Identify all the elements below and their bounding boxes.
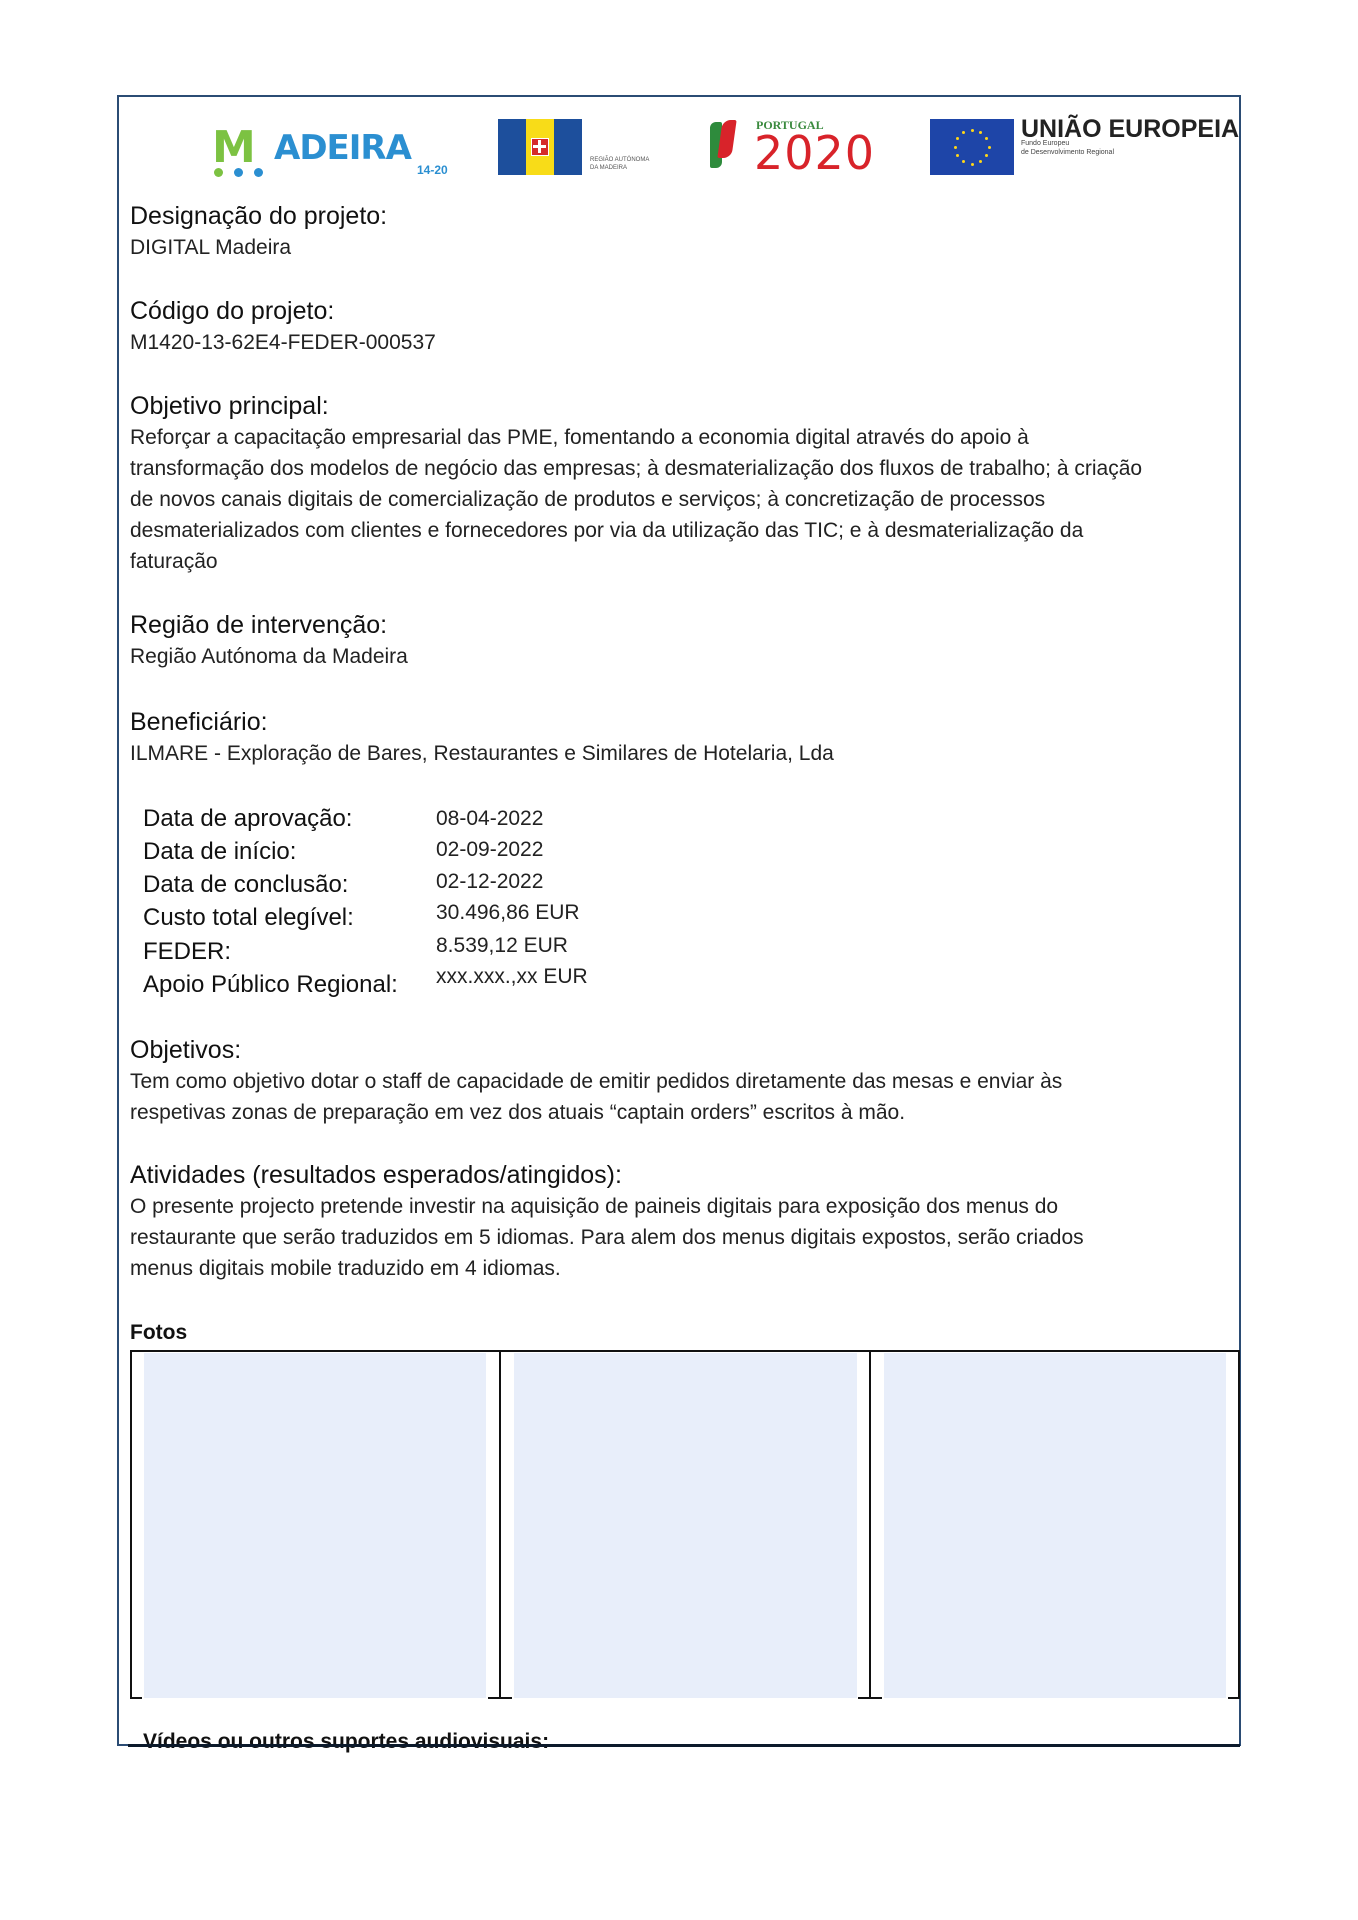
objetivo-principal-text: Reforçar a capacitação empresarial das P… [130,422,1142,577]
eu-star-icon [985,154,988,157]
beneficiario-label: Beneficiário: [130,708,268,737]
madeira-1420-logo: M ADEIRA 14-20 [212,118,462,180]
regiao-label: Região de intervenção: [130,611,387,640]
atividades-label: Atividades (resultados esperados/atingid… [130,1161,622,1190]
divider [128,1744,1240,1747]
designacao-value: DIGITAL Madeira [130,236,291,260]
photo-placeholder-2[interactable] [514,1353,857,1698]
photo-placeholder-1[interactable] [144,1353,486,1698]
eu-star-icon [954,146,957,149]
madeira-logo-word: ADEIRA [274,128,411,168]
eu-star-icon [988,146,991,149]
regiao-autonoma-label: REGIÃO AUTÓNOMA DA MADEIRA [590,156,649,172]
eu-star-icon [962,160,965,163]
objetivos-text: Tem como objetivo dotar o staff de capac… [130,1066,1062,1128]
eu-star-icon [971,163,974,166]
eu-star-icon [979,131,982,134]
madeira-logo-period: 14-20 [417,163,448,177]
madeira-flag-icon [498,119,582,175]
eu-star-icon [956,154,959,157]
logo-dot-icon [254,168,263,177]
codigo-value: M1420-13-62E4-FEDER-000537 [130,331,436,355]
eu-star-icon [979,160,982,163]
logo-dot-icon [234,168,243,177]
madeira-logo-m: M [212,122,252,173]
videos-label: Vídeos ou outros suportes audiovisuais: [143,1730,549,1754]
logo-dot-icon [214,168,223,177]
eu-flag-icon [930,119,1014,175]
portugal-2020-logo: PORTUGAL 2020 [710,116,895,178]
codigo-label: Código do projeto: [130,297,334,326]
designacao-label: Designação do projeto: [130,202,387,231]
eu-star-icon [956,137,959,140]
atividades-text: O presente projecto pretende investir na… [130,1191,1084,1284]
eu-star-icon [962,131,965,134]
eu-fund-label: UNIÃO EUROPEIA Fundo Europeu de Desenvol… [1021,125,1239,157]
regiao-value: Região Autónoma da Madeira [130,645,408,669]
photo-placeholder-3[interactable] [884,1353,1226,1698]
beneficiario-value: ILMARE - Exploração de Bares, Restaurant… [130,742,834,766]
objetivos-label: Objetivos: [130,1036,241,1065]
objetivo-principal-label: Objetivo principal: [130,392,329,421]
fotos-label: Fotos [130,1321,187,1345]
eu-star-icon [985,137,988,140]
eu-star-icon [971,129,974,132]
